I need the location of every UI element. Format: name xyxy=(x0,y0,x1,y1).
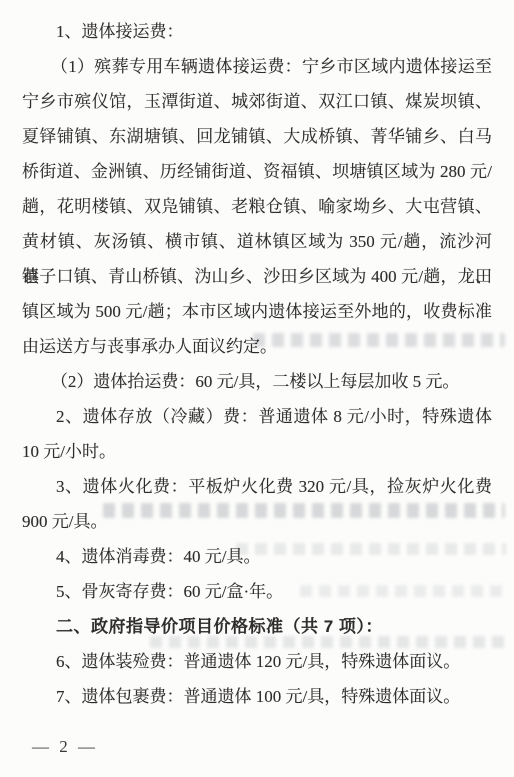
doc-line-sub-2: （2）遗体抬运费：60 元/具，二楼以上每层加收 5 元。 xyxy=(22,364,492,399)
doc-line: 巷子口镇、青山桥镇、沩山乡、沙田乡区域为 400 元/趟，龙田 xyxy=(22,259,492,294)
doc-line: 宁乡市殡仪馆，玉潭街道、城郊街道、双江口镇、煤炭坝镇、 xyxy=(22,84,492,119)
scanned-document-page: 1、遗体接运费： （1）殡葬专用车辆遗体接运费：宁乡市区域内遗体接运至 宁乡市殡… xyxy=(0,0,514,777)
doc-line: 趟，花明楼镇、双凫铺镇、老粮仓镇、喻家坳乡、大屯营镇、 xyxy=(22,189,492,224)
doc-line: 900 元/具。 xyxy=(22,504,492,539)
page-number: — 2 — xyxy=(32,737,98,757)
doc-line-item-2: 2、遗体存放（冷藏）费：普通遗体 8 元/小时，特殊遗体 xyxy=(22,399,492,434)
doc-line-item-4: 4、遗体消毒费：40 元/具。 xyxy=(22,539,492,574)
doc-line-item-5: 5、骨灰寄存费：60 元/盒·年。 xyxy=(22,574,492,609)
doc-line-item-3: 3、遗体火化费：平板炉火化费 320 元/具，捡灰炉火化费 xyxy=(22,469,492,504)
doc-line: 夏铎铺镇、东湖塘镇、回龙铺镇、大成桥镇、菁华铺乡、白马 xyxy=(22,119,492,154)
document-body: 1、遗体接运费： （1）殡葬专用车辆遗体接运费：宁乡市区域内遗体接运至 宁乡市殡… xyxy=(22,14,492,714)
doc-line-item-7: 7、遗体包裹费：普通遗体 100 元/具，特殊遗体面议。 xyxy=(22,679,492,714)
section-heading: 二、政府指导价项目价格标准（共 7 项）： xyxy=(22,609,492,644)
doc-line: 由运送方与丧事承办人面议约定。 xyxy=(22,329,492,364)
doc-line-item-6: 6、遗体装殓费：普通遗体 120 元/具，特殊遗体面议。 xyxy=(22,644,492,679)
doc-line-sub-1: （1）殡葬专用车辆遗体接运费：宁乡市区域内遗体接运至 xyxy=(22,49,492,84)
doc-line: 10 元/小时。 xyxy=(22,434,492,469)
doc-line: 镇区域为 500 元/趟；本市区域内遗体接运至外地的，收费标准 xyxy=(22,294,492,329)
doc-line-item-1: 1、遗体接运费： xyxy=(22,14,492,49)
doc-line: 桥街道、金洲镇、历经铺街道、资福镇、坝塘镇区域为 280 元/ xyxy=(22,154,492,189)
doc-line: 黄材镇、灰汤镇、横市镇、道林镇区域为 350 元/趟，流沙河镇、 xyxy=(22,224,492,259)
